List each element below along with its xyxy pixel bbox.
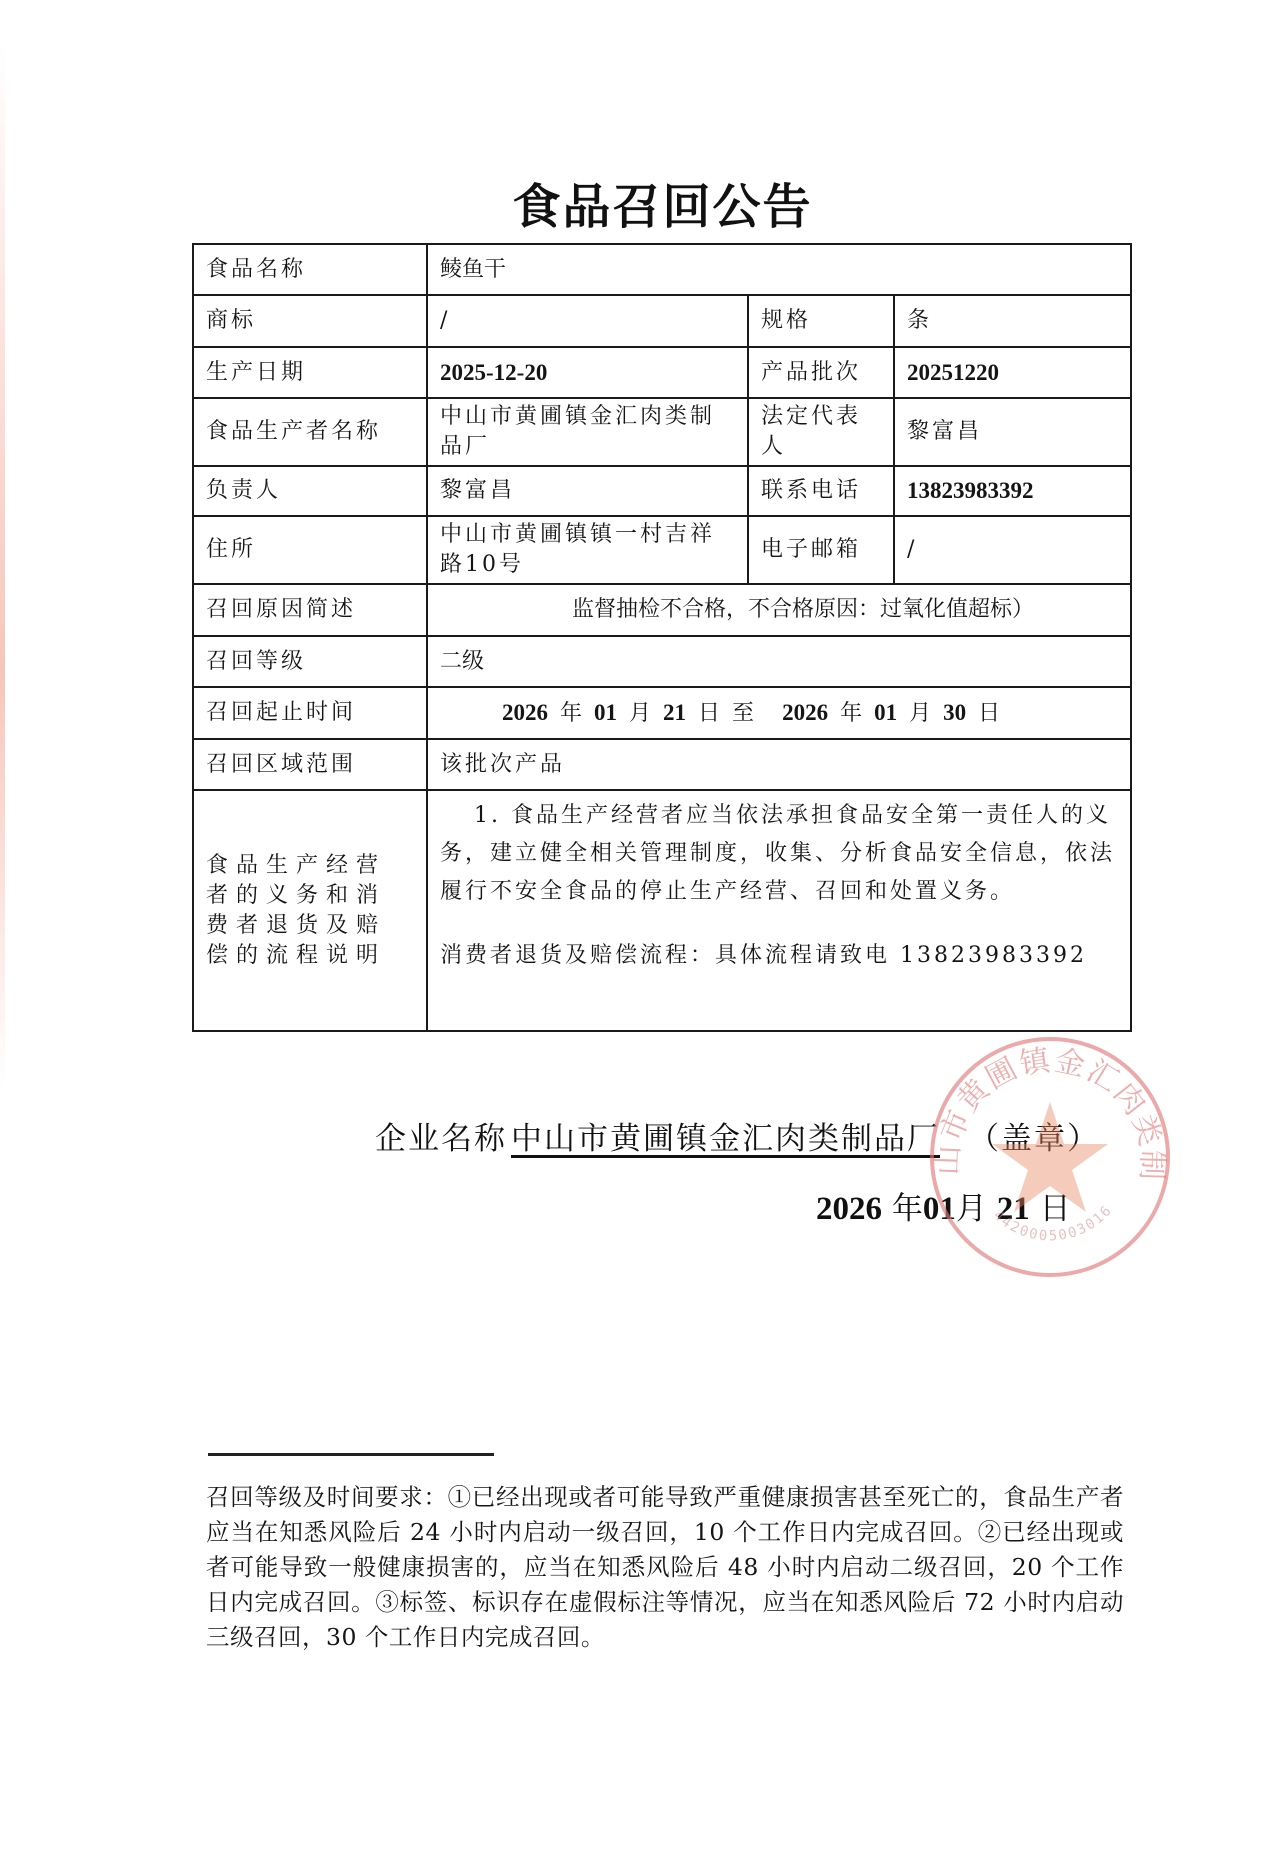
company-label: 企业名称	[375, 1121, 507, 1157]
value-email: /	[894, 516, 1131, 584]
value-spec: 条	[894, 295, 1131, 347]
obligations-paragraph-1: 1. 食品生产经营者应当依法承担食品安全第一责任人的义务，建立健全相关管理制度，…	[440, 797, 1118, 911]
date-unit-day: 日	[1040, 1191, 1071, 1227]
label-scope: 召回区域范围	[193, 739, 427, 790]
value-producer-name: 中山市黄圃镇金汇肉类制品厂	[427, 398, 748, 466]
table-row-period: 召回起止时间 2026年01月21日至2026年01月30日	[193, 687, 1131, 739]
date-unit-month: 月	[956, 1191, 987, 1227]
label-food-name: 食品名称	[193, 244, 427, 295]
value-level: 二级	[427, 636, 1131, 687]
unit-month: 月	[909, 699, 931, 729]
unit-year: 年	[840, 699, 862, 729]
footnote-divider	[208, 1453, 494, 1456]
value-obligations: 1. 食品生产经营者应当依法承担食品安全第一责任人的义务，建立健全相关管理制度，…	[427, 790, 1131, 1031]
value-period: 2026年01月21日至2026年01月30日	[427, 687, 1131, 739]
signature-date: 2026 年01月 21 日	[816, 1183, 1071, 1228]
value-reason: 监督抽检不合格，不合格原因：过氧化值超标）	[427, 584, 1131, 636]
date-day: 21	[997, 1191, 1030, 1227]
end-month: 01	[874, 698, 897, 728]
label-phone: 联系电话	[748, 466, 894, 516]
period-to: 至	[732, 699, 754, 729]
end-year: 2026	[782, 698, 828, 728]
value-legal-rep: 黎富昌	[894, 398, 1131, 466]
date-year: 2026	[816, 1191, 882, 1227]
table-row-level: 召回等级 二级	[193, 636, 1131, 687]
date-unit-year: 年	[892, 1191, 923, 1227]
recall-info-table: 食品名称 鲮鱼干 商标 / 规格 条 生产日期 2025-12-20 产品批次 …	[192, 243, 1132, 1032]
value-brand: /	[427, 295, 748, 347]
label-obligations: 食品生产经营者的义务和消费者退货及赔偿的流程说明	[193, 790, 427, 1031]
label-period: 召回起止时间	[193, 687, 427, 739]
obligations-paragraph-2: 消费者退货及赔偿流程：具体流程请致电 13823983392	[440, 937, 1118, 975]
unit-day: 日	[698, 699, 720, 729]
signature-company-line: 企业名称中山市黄圃镇金汇肉类制品厂（盖章）	[375, 1113, 1100, 1158]
footnote-recall-requirements: 召回等级及时间要求：①已经出现或者可能导致严重健康损害甚至死亡的，食品生产者应当…	[206, 1480, 1124, 1655]
table-row-brand: 商标 / 规格 条	[193, 295, 1131, 347]
label-person-in-charge: 负责人	[193, 466, 427, 516]
table-row-scope: 召回区域范围 该批次产品	[193, 739, 1131, 790]
date-month: 01	[923, 1191, 956, 1227]
svg-text:山市黄圃镇金汇肉类制品厂: 山市黄圃镇金汇肉类制品厂	[925, 1032, 1169, 1182]
table-row-reason: 召回原因简述 监督抽检不合格，不合格原因：过氧化值超标）	[193, 584, 1131, 636]
label-batch: 产品批次	[748, 347, 894, 398]
value-person-in-charge: 黎富昌	[427, 466, 748, 516]
seal-note: （盖章）	[968, 1121, 1100, 1157]
label-email: 电子邮箱	[748, 516, 894, 584]
unit-year: 年	[560, 699, 582, 729]
label-spec: 规格	[748, 295, 894, 347]
table-row-food-name: 食品名称 鲮鱼干	[193, 244, 1131, 295]
label-producer-name: 食品生产者名称	[193, 398, 427, 466]
end-day: 30	[943, 698, 966, 728]
label-reason: 召回原因简述	[193, 584, 427, 636]
unit-day: 日	[978, 699, 1000, 729]
table-row-production-date: 生产日期 2025-12-20 产品批次 20251220	[193, 347, 1131, 398]
start-month: 01	[594, 698, 617, 728]
table-row-address: 住所 中山市黄圃镇镇一村吉祥路10号 电子邮箱 /	[193, 516, 1131, 584]
table-row-producer: 食品生产者名称 中山市黄圃镇金汇肉类制品厂 法定代表人 黎富昌	[193, 398, 1131, 466]
label-legal-rep: 法定代表人	[748, 398, 894, 466]
label-brand: 商标	[193, 295, 427, 347]
value-phone: 13823983392	[894, 466, 1131, 516]
value-production-date: 2025-12-20	[427, 347, 748, 398]
table-row-person-in-charge: 负责人 黎富昌 联系电话 13823983392	[193, 466, 1131, 516]
table-row-obligations: 食品生产经营者的义务和消费者退货及赔偿的流程说明 1. 食品生产经营者应当依法承…	[193, 790, 1131, 1031]
label-production-date: 生产日期	[193, 347, 427, 398]
start-day: 21	[663, 698, 686, 728]
value-batch: 20251220	[894, 347, 1131, 398]
value-address: 中山市黄圃镇镇一村吉祥路10号	[427, 516, 748, 584]
company-name: 中山市黄圃镇金汇肉类制品厂	[507, 1121, 968, 1157]
unit-month: 月	[629, 699, 651, 729]
value-food-name: 鲮鱼干	[427, 244, 1131, 295]
start-year: 2026	[502, 698, 548, 728]
value-scope: 该批次产品	[427, 739, 1131, 790]
label-level: 召回等级	[193, 636, 427, 687]
page-title: 食品召回公告	[0, 168, 1279, 237]
label-address: 住所	[193, 516, 427, 584]
